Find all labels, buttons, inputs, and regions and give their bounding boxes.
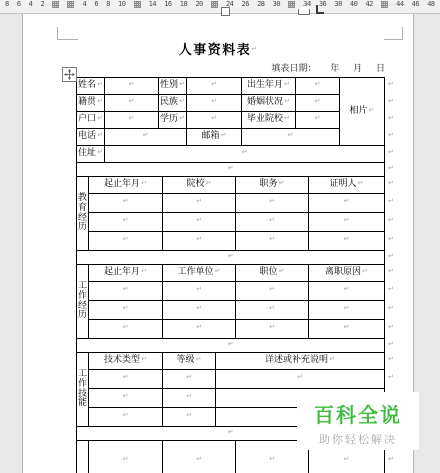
cell-mark: ↵ [211, 80, 217, 88]
gender-label: 性别 [160, 80, 178, 90]
table-column-marker-icon[interactable] [211, 1, 218, 8]
row-end: ↵ [385, 213, 397, 232]
cell-mark: ↵ [329, 355, 335, 363]
work-header-position[interactable]: 职位↵ [236, 265, 309, 282]
work-cell[interactable]: ↵ [163, 320, 236, 339]
edu-header-position[interactable]: 职务↵ [236, 177, 309, 194]
cell-mark: ↵ [206, 179, 212, 187]
cell-mark: ↵ [141, 355, 147, 363]
cell-mark: ↵ [196, 455, 202, 463]
cell-mark: ↵ [123, 392, 129, 400]
cell-mark: ↵ [344, 323, 350, 331]
cell-mark: ↵ [344, 235, 350, 243]
cell-household-value[interactable]: ↵ [105, 112, 159, 129]
cell-mark: ↵ [143, 131, 149, 139]
edu-header-school[interactable]: 院校↵ [163, 177, 236, 194]
skills-header-detail[interactable]: 详述或补充说明↵ [216, 353, 385, 370]
cell-mark: ↵ [269, 235, 275, 243]
cell-mark: ↵ [196, 235, 202, 243]
cell-birthdate-label[interactable]: 出生年月↵ [242, 78, 296, 95]
row-end: ↵ [385, 353, 397, 370]
cell-mark: ↵ [269, 323, 275, 331]
cell-marital-label[interactable]: 婚姻状况↵ [242, 95, 296, 112]
ruler-number: 18 [180, 0, 187, 8]
cell-mark: ↵ [123, 235, 129, 243]
row-end-mark: ↵ [388, 373, 394, 381]
spacer-cell[interactable]: ↵ [77, 163, 385, 177]
cell-mark: ↵ [315, 80, 321, 88]
cell-birthdate-value[interactable]: ↵ [296, 78, 340, 95]
work-cell[interactable]: ↵ [236, 320, 309, 339]
row-end: ↵ [385, 320, 397, 339]
move-arrows-icon [64, 69, 75, 80]
day-label: 日 [376, 64, 385, 74]
nativeplace-label: 籍贯 [78, 97, 96, 107]
cell-mark: ↵ [228, 428, 234, 436]
row-end: ↵ [385, 95, 397, 112]
row-end-mark: ↵ [388, 304, 394, 312]
cell-marital-value[interactable]: ↵ [296, 95, 340, 112]
row-end-mark: ↵ [388, 285, 394, 293]
cell-mark: ↵ [315, 97, 321, 105]
cell-ethnicity-label[interactable]: 民族↵ [159, 95, 187, 112]
cell-mark: ↵ [221, 131, 227, 139]
edu-cell[interactable]: ↵ [309, 213, 385, 232]
edu-cell[interactable]: ↵ [236, 232, 309, 251]
edu-cell[interactable]: ↵ [163, 194, 236, 213]
month-label: 月 [353, 64, 362, 74]
hanging-indent-marker[interactable] [221, 7, 230, 16]
table-column-marker-icon[interactable] [134, 1, 141, 8]
cell-mark: ↵ [315, 114, 321, 122]
cell-mark: ↵ [228, 340, 234, 348]
ruler-number: 28 [257, 0, 264, 8]
cell-ethnicity-value[interactable]: ↵ [187, 95, 242, 112]
address-label: 住址 [78, 148, 96, 158]
cell-mark: ↵ [186, 373, 192, 381]
table-column-marker-icon[interactable] [67, 1, 74, 8]
ruler-number: 48 [427, 0, 434, 8]
row-end: ↵ [385, 194, 397, 213]
cell-mark: ↵ [211, 97, 217, 105]
year-label: 年 [330, 64, 339, 74]
cell-mark: ↵ [279, 267, 285, 275]
cell-gender-label[interactable]: 性别↵ [159, 78, 187, 95]
work-cell[interactable]: ↵ [236, 301, 309, 320]
row-end-mark: ↵ [388, 267, 394, 275]
table-column-marker-icon[interactable] [288, 1, 295, 8]
left-tab-stop-marker[interactable] [316, 5, 324, 14]
cell-education-label[interactable]: 学历↵ [159, 112, 187, 129]
spacer-cell[interactable]: ↵ [77, 339, 385, 353]
row-end-mark: ↵ [388, 131, 394, 139]
edu-cell[interactable]: ↵ [163, 232, 236, 251]
cell-mark: ↵ [123, 411, 129, 419]
marital-label: 婚姻状况 [247, 97, 283, 107]
cell-mark: ↵ [179, 114, 185, 122]
ruler-number: 14 [149, 0, 156, 8]
work-cell[interactable]: ↵ [309, 301, 385, 320]
phone-label: 电话 [78, 131, 96, 141]
ruler-number: 42 [365, 0, 372, 8]
cell-mark: ↵ [123, 455, 129, 463]
work-cell[interactable]: ↵ [163, 282, 236, 301]
row-end-mark: ↵ [388, 114, 394, 122]
work-header-employer[interactable]: 工作单位↵ [163, 265, 236, 282]
row-end: ↵ [385, 146, 397, 163]
cell-household-label[interactable]: 户口↵ [77, 112, 105, 129]
cell-mark: ↵ [97, 80, 103, 88]
cell-school-value[interactable]: ↵ [296, 112, 340, 129]
work-leave-reason-header: 离职原因 [325, 267, 361, 277]
document-title-line[interactable]: 人事资料表↵ [23, 39, 413, 58]
watermark-title: 百科全说 [297, 399, 419, 428]
skills-cell[interactable]: ↵ [216, 370, 385, 389]
cell-school-label[interactable]: 毕业院校↵ [242, 112, 296, 129]
edu-position-header: 职务 [260, 179, 278, 189]
cell-phone-label[interactable]: 电话↵ [77, 129, 105, 146]
cell-mark: ↵ [129, 97, 135, 105]
spacer-row: ↵↵ [76, 338, 397, 353]
ethnicity-label: 民族 [160, 97, 178, 107]
table-move-handle[interactable] [62, 67, 77, 82]
cell-mark: ↵ [344, 455, 350, 463]
ruler-number: 46 [412, 0, 419, 8]
edu-cell[interactable]: ↵ [309, 194, 385, 213]
ruler-number: 38 [334, 0, 341, 8]
work-cell[interactable]: ↵ [309, 282, 385, 301]
skills-cell[interactable]: ↵ [89, 389, 163, 408]
work-period-header: 起止年月 [104, 267, 140, 277]
watermark-subtitle: 助你轻松解决 [297, 431, 419, 447]
fill-date-label: 填表日期： [271, 64, 316, 74]
ruler-number: 44 [396, 0, 403, 8]
work-header-period[interactable]: 起止年月↵ [89, 265, 163, 282]
cell-mark: ↵ [284, 114, 290, 122]
cell-mark: ↵ [358, 179, 364, 187]
cell-mark: ↵ [196, 304, 202, 312]
skills-cell[interactable]: ↵ [89, 370, 163, 389]
paragraph-mark: ↵ [251, 45, 257, 53]
row-end: ↵ [385, 339, 397, 353]
cell-mark: ↵ [269, 455, 275, 463]
row-end-mark: ↵ [388, 216, 394, 224]
cell-mark: ↵ [269, 304, 275, 312]
row-end-mark: ↵ [388, 323, 394, 331]
spacer-row: ↵↵ [76, 162, 397, 177]
skills-type-header: 技术类型 [104, 355, 140, 365]
table-column-marker-icon[interactable] [381, 1, 388, 8]
row-end-mark: ↵ [388, 179, 394, 187]
cell-mark: ↵ [186, 392, 192, 400]
row-end-mark: ↵ [388, 252, 394, 260]
cell-mark: ↵ [179, 80, 185, 88]
personal-info-section: 姓名↵ ↵ 性别↵ ↵ 出生年月↵ ↵ 相片↵ ↵ 籍贯↵ ↵ 民族↵ ↵ 婚姻… [76, 77, 397, 163]
cell-mark: ↵ [141, 267, 147, 275]
cell-mark: ↵ [211, 114, 217, 122]
spacer-cell[interactable]: ↵ [77, 251, 385, 265]
cell-mark: ↵ [196, 216, 202, 224]
cell-education-value[interactable]: ↵ [187, 112, 242, 129]
fill-date-line[interactable]: 填表日期： 年 月 日 [271, 61, 385, 74]
ruler-number: 8 [5, 0, 9, 8]
ruler-number: 6 [17, 0, 21, 8]
cell-address-label[interactable]: 住址↵ [77, 146, 105, 163]
ruler-number: 8 [106, 0, 110, 8]
spacer-row: ↵↵ [76, 250, 397, 265]
ruler-number: 4 [83, 0, 87, 8]
cell-mark: ↵ [123, 373, 129, 381]
email-label: 邮箱 [202, 131, 220, 141]
ruler-scale: 8 6 4 2 4 6 8 10 14 16 18 20 24 26 28 30… [0, 0, 440, 9]
ruler-number: 2 [40, 0, 44, 8]
row-end-mark: ↵ [388, 455, 394, 463]
cell-mark: ↵ [242, 148, 248, 156]
cell-phone-value[interactable]: ↵ [105, 129, 187, 146]
work-employer-header: 工作单位 [178, 267, 214, 277]
skills-cell[interactable]: ↵ [89, 408, 163, 427]
row-end-mark: ↵ [388, 340, 394, 348]
row-end-mark: ↵ [388, 80, 394, 88]
row-end: ↵ [385, 163, 397, 177]
ruler-number: 4 [29, 0, 33, 8]
cell-mark: ↵ [97, 131, 103, 139]
next-cell[interactable]: ↵ [89, 441, 163, 473]
cell-mark: ↵ [215, 267, 221, 275]
row-end: ↵ [385, 232, 397, 251]
row-end: ↵ [385, 112, 397, 129]
household-label: 户口 [78, 114, 96, 124]
edu-cell[interactable]: ↵ [89, 213, 163, 232]
name-label: 姓名 [78, 80, 96, 90]
document-page[interactable]: 人事资料表↵ 填表日期： 年 月 日 姓名↵ ↵ 性别↵ ↵ 出生年月↵ ↵ [22, 14, 414, 473]
skills-side-label: 工作技能 [78, 369, 87, 409]
work-cell[interactable]: ↵ [89, 301, 163, 320]
cell-name-value[interactable]: ↵ [105, 78, 159, 95]
skills-header-level[interactable]: 等级↵ [163, 353, 216, 370]
photo-label: 相片 [350, 106, 368, 116]
next-cell[interactable]: ↵ [163, 441, 236, 473]
ruler-number: 30 [273, 0, 280, 8]
row-end-mark: ↵ [388, 197, 394, 205]
cell-mark: ↵ [123, 197, 129, 205]
cell-mark: ↵ [196, 197, 202, 205]
edu-reference-header: 证明人 [330, 179, 357, 189]
cell-mark: ↵ [123, 323, 129, 331]
birthdate-label: 出生年月 [247, 80, 283, 90]
work-header-leave-reason[interactable]: 离职原因↵ [309, 265, 385, 282]
cell-mark: ↵ [179, 97, 185, 105]
cell-mark: ↵ [284, 97, 290, 105]
skills-cell[interactable]: ↵ [163, 389, 216, 408]
ruler-number: 16 [164, 0, 171, 8]
work-cell[interactable]: ↵ [163, 301, 236, 320]
ruler-number: 6 [94, 0, 98, 8]
page-title[interactable]: 人事资料表 [179, 43, 252, 58]
education-side-label-cell[interactable]: 教育经历 [77, 177, 89, 251]
row-end-mark: ↵ [388, 164, 394, 172]
education-side-label: 教育经历 [78, 193, 87, 233]
horizontal-ruler[interactable]: 8 6 4 2 4 6 8 10 14 16 18 20 24 26 28 30… [0, 0, 440, 14]
ruler-number: 10 [118, 0, 125, 8]
work-cell[interactable]: ↵ [309, 320, 385, 339]
cell-mark: ↵ [97, 148, 103, 156]
cell-mark: ↵ [344, 197, 350, 205]
cell-mark: ↵ [269, 285, 275, 293]
skills-level-header: 等级 [177, 355, 195, 365]
cell-mark: ↵ [186, 411, 192, 419]
watermark-overlay: 百科全说 助你轻松解决 [297, 392, 419, 450]
cell-mark: ↵ [196, 285, 202, 293]
row-end: ↵ [385, 370, 397, 389]
row-end: ↵ [385, 265, 397, 282]
cell-mark: ↵ [123, 285, 129, 293]
row-end-mark: ↵ [388, 235, 394, 243]
work-cell[interactable]: ↵ [89, 282, 163, 301]
skills-side-label-cell[interactable]: 工作技能 [77, 353, 89, 427]
edu-cell[interactable]: ↵ [309, 232, 385, 251]
cell-mark: ↵ [141, 179, 147, 187]
edu-cell[interactable]: ↵ [236, 213, 309, 232]
cell-mark: ↵ [344, 216, 350, 224]
edu-header-reference[interactable]: 证明人↵ [309, 177, 385, 194]
education-level-label: 学历 [160, 114, 178, 124]
education-section: 教育经历 起止年月↵ 院校↵ 职务↵ 证明人↵ ↵ ↵↵↵↵ ↵ ↵↵↵↵ ↵ … [76, 176, 397, 251]
edu-school-header: 院校 [187, 179, 205, 189]
cell-mark: ↵ [228, 164, 234, 172]
cell-mark: ↵ [196, 323, 202, 331]
skills-detail-header: 详述或补充说明 [265, 355, 328, 365]
cell-mark: ↵ [279, 179, 285, 187]
work-side-label: 工作经历 [78, 281, 87, 321]
row-end: ↵ [385, 301, 397, 320]
edu-cell[interactable]: ↵ [89, 232, 163, 251]
cell-mark: ↵ [369, 106, 375, 114]
word-document-view: { "ruler": { "numbers": ["8","6","4","2"… [0, 0, 440, 473]
cell-mark: ↵ [284, 80, 290, 88]
cell-photo[interactable]: 相片↵ [340, 78, 385, 146]
cell-mark: ↵ [97, 114, 103, 122]
cell-mark: ↵ [228, 252, 234, 260]
cell-mark: ↵ [97, 97, 103, 105]
cell-mark: ↵ [344, 285, 350, 293]
cell-mark: ↵ [129, 114, 135, 122]
work-cell[interactable]: ↵ [89, 320, 163, 339]
row-end: ↵ [385, 129, 397, 146]
cell-mark: ↵ [123, 304, 129, 312]
cell-mark: ↵ [269, 216, 275, 224]
row-end: ↵ [385, 282, 397, 301]
cell-nativeplace-label[interactable]: 籍贯↵ [77, 95, 105, 112]
skills-header-type[interactable]: 技术类型↵ [89, 353, 163, 370]
work-side-label-cell[interactable]: 工作经历 [77, 265, 89, 339]
row-end-mark: ↵ [388, 355, 394, 363]
cell-mark: ↵ [123, 216, 129, 224]
graduate-school-label: 毕业院校 [247, 114, 283, 124]
cell-mark: ↵ [288, 131, 294, 139]
edu-header-period[interactable]: 起止年月↵ [89, 177, 163, 194]
cell-mark: ↵ [269, 197, 275, 205]
ruler-number: 26 [242, 0, 249, 8]
edu-cell[interactable]: ↵ [89, 194, 163, 213]
row-end: ↵ [385, 177, 397, 194]
row-end: ↵ [385, 78, 397, 95]
cell-mark: ↵ [196, 355, 202, 363]
cell-mark: ↵ [344, 304, 350, 312]
edu-cell[interactable]: ↵ [236, 194, 309, 213]
ruler-number: 20 [195, 0, 202, 8]
cell-email-value[interactable]: ↵ [242, 129, 340, 146]
work-position-header: 职位 [260, 267, 278, 277]
work-cell[interactable]: ↵ [236, 282, 309, 301]
row-end: ↵ [385, 251, 397, 265]
next-side-label-cell[interactable] [77, 441, 89, 473]
edu-cell[interactable]: ↵ [163, 213, 236, 232]
cell-email-label[interactable]: 邮箱↵ [187, 129, 242, 146]
cell-mark: ↵ [297, 373, 303, 381]
skills-cell[interactable]: ↵ [163, 408, 216, 427]
edu-period-header: 起止年月 [104, 179, 140, 189]
table-column-marker-icon[interactable] [52, 1, 59, 8]
row-end-mark: ↵ [388, 148, 394, 156]
cell-name-label[interactable]: 姓名↵ [77, 78, 105, 95]
cell-address-value[interactable]: ↵ [105, 146, 385, 163]
row-end-mark: ↵ [388, 97, 394, 105]
work-experience-section: 工作经历 起止年月↵ 工作单位↵ 职位↵ 离职原因↵ ↵ ↵↵↵↵ ↵ ↵↵↵↵… [76, 264, 397, 339]
cell-gender-value[interactable]: ↵ [187, 78, 242, 95]
ruler-number: 40 [350, 0, 357, 8]
cell-mark: ↵ [362, 267, 368, 275]
cell-mark: ↵ [129, 80, 135, 88]
cell-nativeplace-value[interactable]: ↵ [105, 95, 159, 112]
skills-cell[interactable]: ↵ [163, 370, 216, 389]
